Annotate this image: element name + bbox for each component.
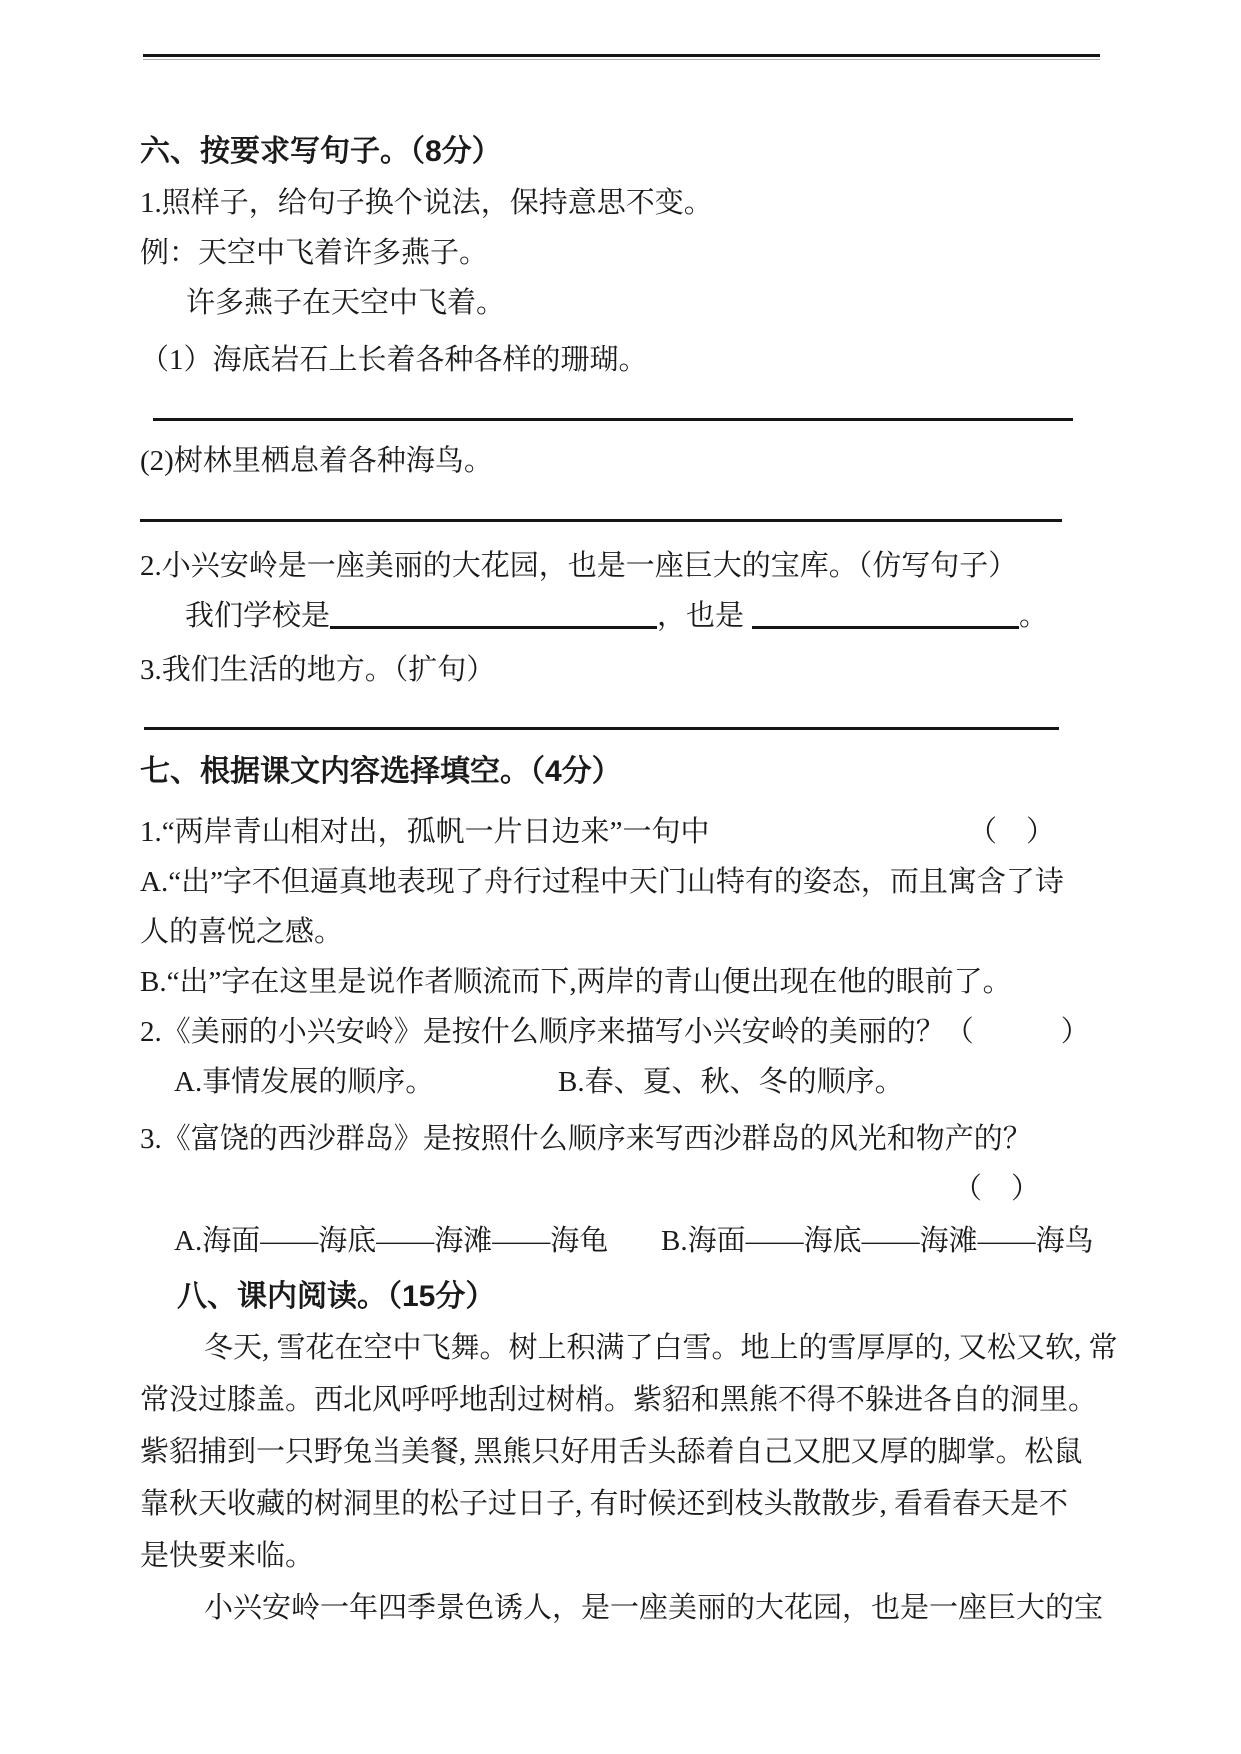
q3-options-row: A.海面——海底——海滩——海龟B.海面——海底——海滩——海鸟 [140,1216,1121,1266]
section-seven-heading: 七、根据课文内容选择填空。（4分） [140,747,1121,797]
exam-page: 六、按要求写句子。（8分） 1.照样子，给句子换个说法，保持意思不变。 例：天空… [0,0,1241,1754]
section-six-sub-item1: （1）海底岩石上长着各种各样的珊瑚。 [140,335,1121,385]
section-eight-heading: 八、课内阅读。（15分） [177,1272,1121,1322]
section-six-item1: 1.照样子，给句子换个说法，保持意思不变。 [140,178,1121,228]
top-divider-rule [143,54,1100,60]
passage-p1-line1: 冬天, 雪花在空中飞舞。树上积满了白雪。地上的雪厚厚的, 又松又软, 常 [140,1322,1121,1374]
section-seven-q1-text: 1.“两岸青山相对出，孤帆一片日边来”一句中 [140,807,710,857]
section-six-item3: 3.我们生活的地方。（扩句） [140,645,1121,695]
passage-p1-line4: 靠秋天收藏的树洞里的松子过日子, 有时候还到枝头散散步, 看看春天是不 [140,1478,1121,1530]
section-seven-q1-row: 1.“两岸青山相对出，孤帆一片日边来”一句中 （ ） [140,807,1121,857]
reading-passage: 冬天, 雪花在空中飞舞。树上积满了白雪。地上的雪厚厚的, 又松又软, 常 常没过… [140,1322,1121,1634]
passage-p2-line1: 小兴安岭一年四季景色诱人，是一座美丽的大花园，也是一座巨大的宝 [140,1582,1121,1634]
answer-line-3 [144,727,1059,730]
q3-option-b: B.海面——海底——海滩——海鸟 [661,1225,1094,1257]
fill-in-sentence-line: 我们学校是，也是。 [185,591,1121,641]
q2-option-b: B.春、夏、秋、冬的顺序。 [558,1066,904,1098]
section-six-heading: 六、按要求写句子。（8分） [140,127,1121,177]
fill-connector-text: ，也是 [657,600,744,632]
example-source-line: 例：天空中飞着许多燕子。 [140,228,1121,278]
section-seven-q2-text: 2.《美丽的小兴安岭》是按什么顺序来描写小兴安岭的美丽的？（ ） [140,1007,1121,1057]
answer-line-1 [153,418,1073,421]
answer-line-2 [140,519,1062,522]
passage-p1-line3: 紫貂捕到一只野兔当美餐, 黑熊只好用舌头舔着自己又肥又厚的脚掌。松鼠 [140,1426,1121,1478]
q1-option-a-line2: 人的喜悦之感。 [140,907,1121,957]
section-six-item2: 2.小兴安岭是一座美丽的大花园，也是一座巨大的宝库。（仿写句子） [140,541,1121,591]
section-seven-q3-text: 3.《富饶的西沙群岛》是按照什么顺序来写西沙群岛的风光和物产的？ [140,1114,1121,1164]
example-rewritten-line: 许多燕子在天空中飞着。 [186,278,1121,328]
passage-p1-line5: 是快要来临。 [140,1530,1121,1582]
q3-option-a: A.海面——海底——海滩——海龟 [174,1216,661,1266]
q2-option-a: A.事情发展的顺序。 [174,1057,558,1107]
section-seven-q3-answer-brackets: （ ） [140,1164,1121,1214]
fill-blank-1 [330,596,657,629]
passage-p1-line2: 常没过膝盖。西北风呼呼地刮过树梢。紫貂和黑熊不得不躲进各自的洞里。 [140,1374,1121,1426]
q1-option-b: B.“出”字在这里是说作者顺流而下,两岸的青山便出现在他的眼前了。 [140,957,1121,1007]
page-content: 六、按要求写句子。（8分） 1.照样子，给句子换个说法，保持意思不变。 例：天空… [0,54,1241,1634]
fill-blank-2 [752,596,1019,629]
section-six-sub-item2: (2)树林里栖息着各种海鸟。 [140,436,1121,486]
fill-end-punctuation: 。 [1019,600,1048,632]
fill-prefix-text: 我们学校是 [185,600,330,632]
q1-option-a-line1: A.“出”字不但逼真地表现了舟行过程中天门山特有的姿态，而且寓含了诗 [140,857,1121,907]
q2-options-row: A.事情发展的顺序。B.春、夏、秋、冬的顺序。 [140,1057,1121,1107]
section-seven-q1-answer-brackets: （ ） [968,807,1055,857]
